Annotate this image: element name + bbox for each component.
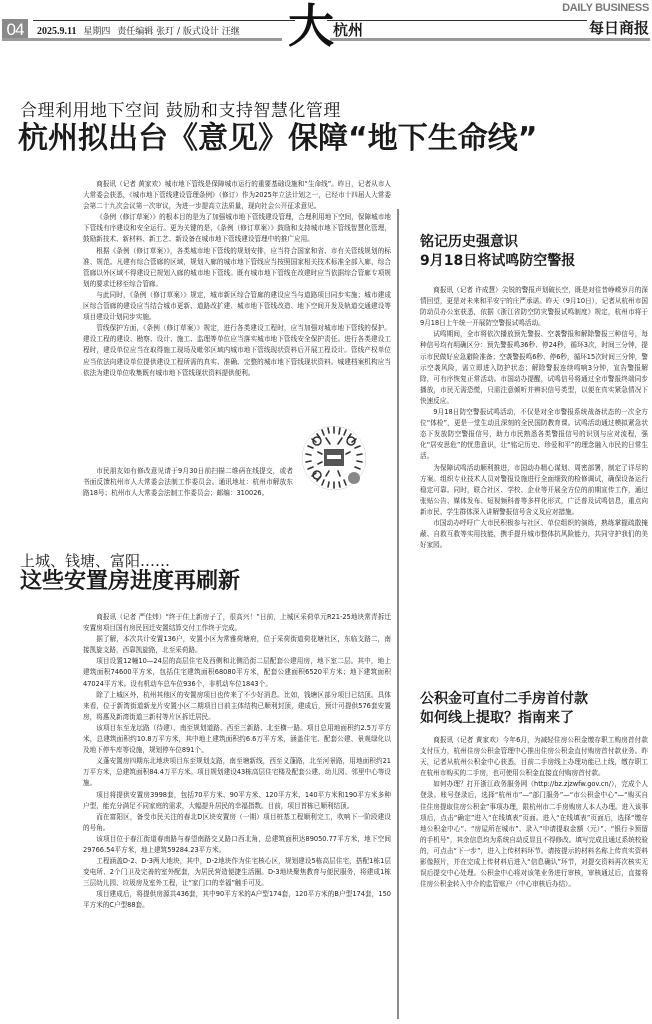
issue-info: 2025.9.11 星期四 责任编辑 张玎 / 版式设计 汪继 <box>37 24 240 37</box>
paragraph: 商报讯（记者 许成慧）尖锐的警报声划破长空，既是对往昔峥嵘岁月的深情回望，更是对… <box>420 285 648 329</box>
siren-headline-line2: 9月18日将试鸣防空警报 <box>420 252 575 271</box>
paragraph: 项目设置12幢10—24层的高层住宅及西侧和北侧沿街二层配套公建用房，地下室二层… <box>83 656 391 689</box>
main-article-closing: 市民朋友如有修改意见请于9月30日前扫描二维码在线提交，或者书面反馈杭州市人大常… <box>83 466 293 499</box>
paragraph: 商报讯（记者 黄家欢）今年6月，为减轻住房公积金缴存职工购房首付款支付压力，杭州… <box>420 735 648 779</box>
paragraph: 除了上城区外，杭州其他区的安置房项目也传来了不少好消息。比如，钱塘区部分项目已结… <box>83 690 391 723</box>
paragraph: 9月18日防空警报试鸣活动，不仅是对全市警报系统战备状态的一次全方位“体检”，更… <box>420 407 648 462</box>
masthead: 04 2025.9.11 星期四 责任编辑 张玎 / 版式设计 汪继 大 杭州 … <box>0 0 652 55</box>
masthead-bar <box>330 38 650 41</box>
housing-article-body: 商报讯（记者 严佳炜）“终于住上新房子了，很高兴！”日前，上城区采荷单元R21-… <box>83 612 391 912</box>
column-divider <box>397 209 399 1019</box>
masthead-rule <box>327 20 587 21</box>
main-headline: 杭州拟出台《意见》保障“地下生命线” <box>18 120 537 158</box>
brand-english: DAILY BUSINESS <box>562 2 649 14</box>
fund-headline: 公积金可直付二手房首付款 如何线上提取？指南来了 <box>420 690 588 728</box>
masthead-rule <box>33 20 295 21</box>
fund-article-body: 商报讯（记者 黄家欢）今年6月，为减轻住房公积金缴存职工购房首付款支付压力，杭州… <box>420 735 648 890</box>
editor-credits: 责任编辑 张玎 / 版式设计 汪继 <box>117 27 239 37</box>
siren-headline-line1: 铭记历史强意识 <box>420 233 575 252</box>
qr-code-icon <box>300 424 368 492</box>
section-logo-char: 大 <box>288 0 334 52</box>
paragraph: 项目将提供安置房3998套，包括70平方米、90平方米、120平方米、140平方… <box>83 790 391 812</box>
main-article-body: 商报讯（记者 黄家欢）城市地下管线是保障城市运行的重要基础设施和“生命线”。昨日… <box>83 179 391 379</box>
paragraph: 该项目东至龙坛路（待建）、南至规划道路、西至三新路、北至横一路。项目总用地面积约… <box>83 723 391 756</box>
paragraph: 《条例（修订草案）》的根本目的是为了加强城市地下管线建设管理，合理利用地下空间，… <box>83 212 391 245</box>
paragraph: 而在富阳区，备受市民关注的春北D区块安置房（一期）项目桩基工程顺利完工，吹响下一… <box>83 812 391 834</box>
siren-article-body: 商报讯（记者 许成慧）尖锐的警报声划破长空，既是对往昔峥嵘岁月的深情回望，更是对… <box>420 285 648 551</box>
paragraph: 工程涵盖D-2、D-3两大地块，其中，D-2地块作为住宅核心区，规划建设5栋高层… <box>83 856 391 889</box>
paragraph: 试鸣期间，全市将依次播放预先警报、空袭警报和解除警报三种信号，每种信号均有明确区… <box>420 329 648 407</box>
paragraph: 商报讯（记者 黄家欢）城市地下管线是保障城市运行的重要基础设施和“生命线”。昨日… <box>83 179 391 212</box>
housing-headline: 这些安置房进度再刷新 <box>20 568 240 596</box>
paragraph: 义蓬安置房四期东北地块项目东至规划支路，南至塘新线，西至义蓬路，北至河景路，用地… <box>83 756 391 789</box>
masthead-bar <box>2 38 282 41</box>
main-subheadline: 合理利用地下空间 鼓励和支持智慧化管理 <box>20 96 341 121</box>
issue-weekday: 星期四 <box>83 27 110 37</box>
paragraph: 商报讯（记者 严佳炜）“终于住上新房子了，很高兴！”日前，上城区采荷单元R21-… <box>83 612 391 634</box>
fund-headline-line1: 公积金可直付二手房首付款 <box>420 690 588 709</box>
paragraph: 管线保护方面，《条例（修订草案）》规定，进行各类建设工程时，应当加强对城市地下管… <box>83 323 391 378</box>
section-city: 杭州 <box>333 19 363 40</box>
paragraph: 据了解，本次共计安置136户，安置小区为常雅荷塘府，位于采荷街道荷花塘社区，东临… <box>83 634 391 656</box>
paragraph: 根据《条例（修订草案）》，各类城市地下管线的规划安排，应当符合国家和省、市有关管… <box>83 246 391 290</box>
paragraph: 与此同时，《条例（修订草案）》规定，城市新区综合管廊的建设应当与道路项目同步实施… <box>83 290 391 323</box>
paragraph: 项目建成后，将提供房源共436套，其中90平方米的A户型174套，120平方米的… <box>83 889 391 911</box>
brand-chinese: 每日商报 <box>589 17 649 38</box>
fund-headline-line2: 如何线上提取？指南来了 <box>420 709 588 728</box>
qr-code[interactable] <box>300 424 368 492</box>
paragraph: 如何办理？打开浙江政务服务网（http://bz.zjzwfw.gov.cn/）… <box>420 779 648 890</box>
paragraph: 为保障试鸣活动顺利推进，市国动办精心谋划、周密部署，制定了详尽的方案。组织专业技… <box>420 463 648 518</box>
paragraph: 市国动办呼吁广大市民积极参与社区、单位组织的演练，熟练掌握疏散掩蔽、自救互救等实… <box>420 518 648 551</box>
paragraph: 市民朋友如有修改意见请于9月30日前扫描二维码在线提交，或者书面反馈杭州市人大常… <box>83 466 293 499</box>
issue-date: 2025.9.11 <box>37 26 76 37</box>
siren-headline: 铭记历史强意识 9月18日将试鸣防空警报 <box>420 233 575 271</box>
paragraph: 该项目位于春江街道春南路与春望南路交叉路口西北角，总建筑面积达89050.77平… <box>83 834 391 856</box>
